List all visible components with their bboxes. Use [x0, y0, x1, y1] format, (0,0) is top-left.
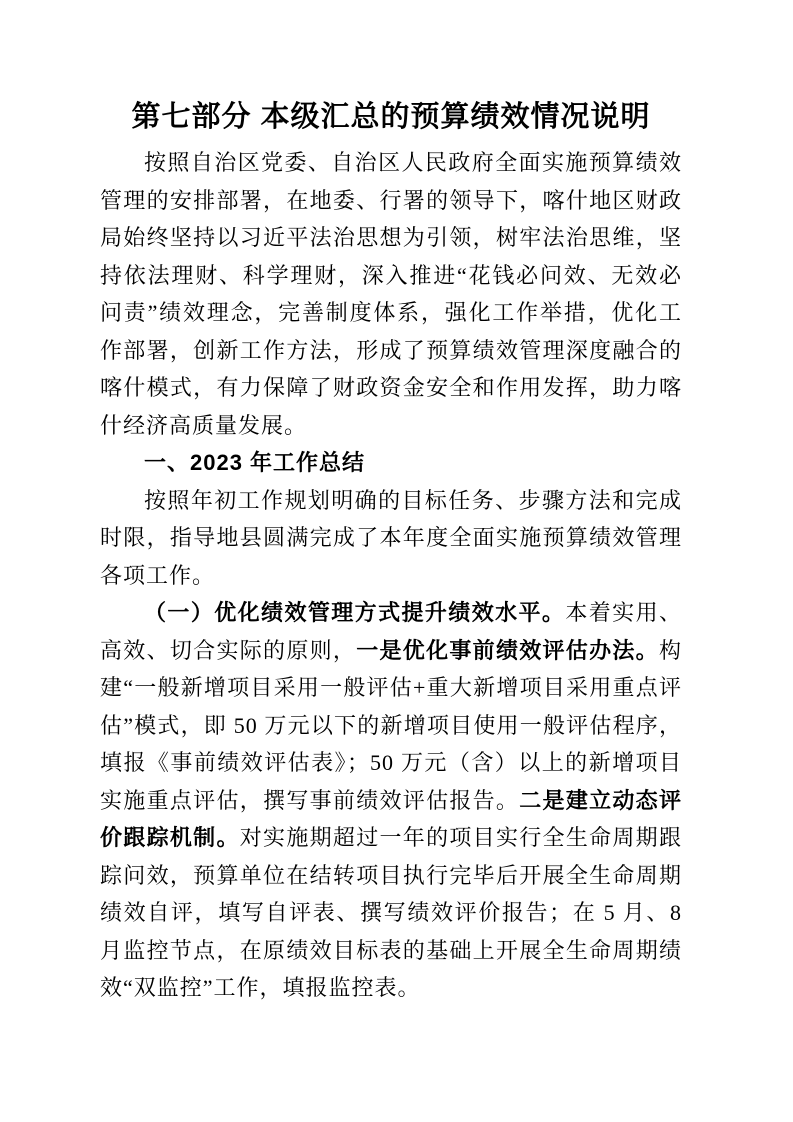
- paragraph-annual-summary: 按照年初工作规划明确的目标任务、步骤方法和完成时限，指导地县圆满完成了本年度全面…: [100, 482, 682, 595]
- document-page: 第七部分 本级汇总的预算绩效情况说明 按照自治区党委、自治区人民政府全面实施预算…: [0, 0, 793, 1122]
- measures-subheading: （一）优化绩效管理方式提升绩效水平。: [144, 600, 565, 625]
- section-heading-2023-work-summary: 一、2023 年工作总结: [100, 444, 682, 482]
- document-title: 第七部分 本级汇总的预算绩效情况说明: [100, 96, 682, 138]
- paragraph-measures: （一）优化绩效管理方式提升绩效水平。本着实用、高效、切合实际的原则，一是优化事前…: [100, 594, 682, 1007]
- paragraph-intro: 按照自治区党委、自治区人民政府全面实施预算绩效管理的安排部署，在地委、行署的领导…: [100, 144, 682, 444]
- measure-point-1-text: 构建“一般新增项目采用一般评估+重大新增项目采用重点评估”模式，即 50 万元以…: [100, 638, 682, 813]
- document-content: 第七部分 本级汇总的预算绩效情况说明 按照自治区党委、自治区人民政府全面实施预算…: [100, 96, 682, 1007]
- measure-point-1-label: 一是优化事前绩效评估办法。: [356, 638, 659, 663]
- measure-point-2-text: 对实施期超过一年的项目实行全生命周期跟踪问效，预算单位在结转项目执行完毕后开展全…: [100, 825, 682, 1000]
